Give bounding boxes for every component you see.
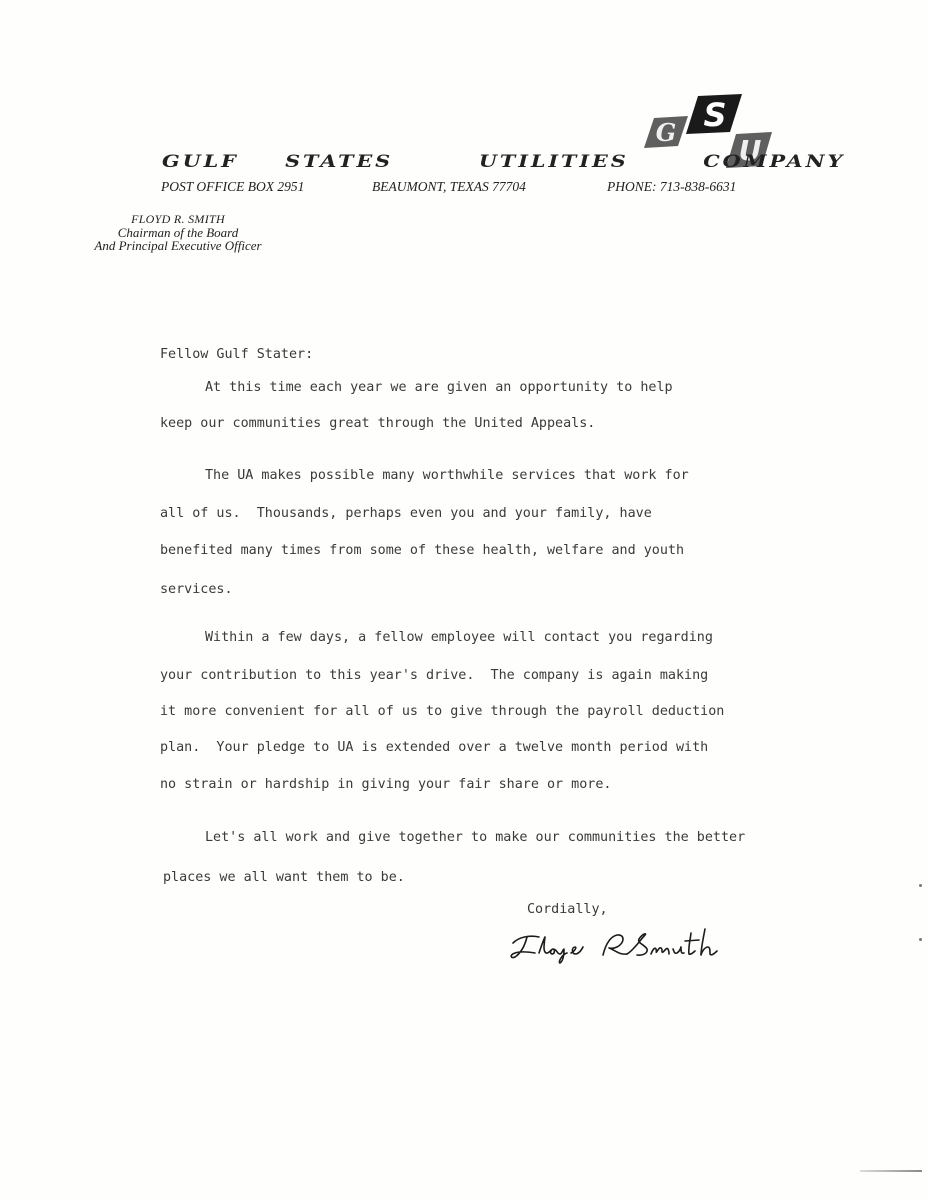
letter-page: G S U GULF STATES UTILITIES COMPANY POST… — [0, 0, 927, 1200]
company-name-word: GULF — [162, 152, 262, 178]
phone-number: PHONE: 713-838-6631 — [607, 179, 736, 195]
logo-letter-s: S — [703, 96, 726, 134]
company-name-word: STATES — [285, 152, 456, 178]
closing: Cordially, — [527, 902, 608, 917]
paragraph-line: keep our communities great through the U… — [160, 416, 595, 431]
paragraph-line: places we all want them to be. — [163, 870, 405, 885]
paragraph-line: all of us. Thousands, perhaps even you a… — [160, 506, 652, 521]
paragraph-line: it more convenient for all of us to give… — [160, 704, 724, 719]
company-name-word: COMPANY — [703, 152, 845, 178]
post-office-box: POST OFFICE BOX 2951 — [161, 179, 304, 195]
scan-speck — [919, 938, 922, 941]
sender-block: FLOYD R. SMITH Chairman of the Board And… — [80, 213, 276, 252]
paragraph-line: your contribution to this year's drive. … — [160, 668, 708, 683]
salutation: Fellow Gulf Stater: — [160, 347, 313, 362]
sender-title: And Principal Executive Officer — [80, 239, 276, 252]
paragraph-line: plan. Your pledge to UA is extended over… — [160, 740, 708, 755]
paragraph-line: no strain or hardship in giving your fai… — [160, 777, 611, 792]
paragraph-line: benefited many times from some of these … — [160, 543, 684, 558]
paragraph-line: Within a few days, a fellow employee wil… — [205, 630, 713, 645]
paragraph-line: The UA makes possible many worthwhile se… — [205, 468, 689, 483]
scan-speck — [919, 884, 922, 887]
paragraph-line: services. — [160, 582, 233, 597]
company-name: GULF STATES UTILITIES COMPANY — [162, 152, 845, 178]
paragraph-line: At this time each year we are given an o… — [205, 380, 673, 395]
company-name-word: UTILITIES — [479, 152, 680, 178]
signature-icon — [505, 925, 740, 965]
scan-edge-line — [860, 1170, 922, 1172]
paragraph-line: Let's all work and give together to make… — [205, 830, 745, 845]
letter-body: Fellow Gulf Stater: At this time each ye… — [0, 0, 32, 300]
city-state-zip: BEAUMONT, TEXAS 77704 — [372, 179, 526, 195]
logo-letter-g: G — [656, 118, 677, 147]
